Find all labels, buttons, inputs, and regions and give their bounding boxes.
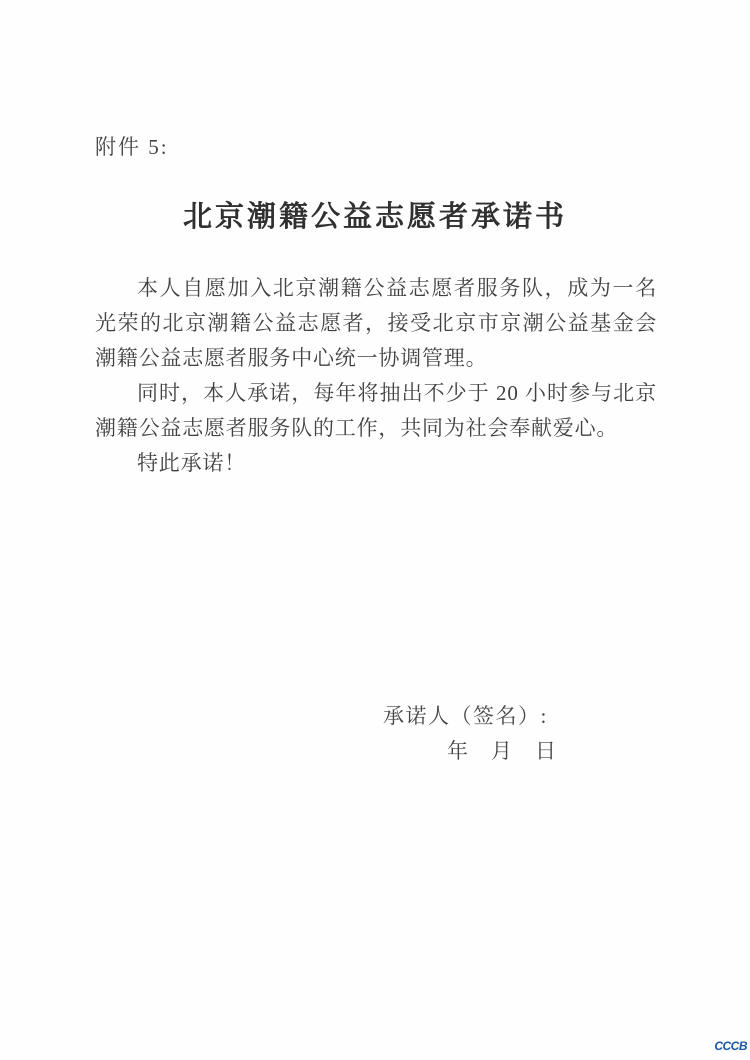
body-paragraph: 本人自愿加入北京潮籍公益志愿者服务队，成为一名光荣的北京潮籍公益志愿者，接受北京… xyxy=(95,271,657,376)
body-text: 本人自愿加入北京潮籍公益志愿者服务队，成为一名光荣的北京潮籍公益志愿者，接受北京… xyxy=(95,271,657,481)
date-line: 年 月 日 xyxy=(447,735,557,765)
body-paragraph: 特此承诺！ xyxy=(95,446,657,481)
document-page: 附件 5: 北京潮籍公益志愿者承诺书 本人自愿加入北京潮籍公益志愿者服务队，成为… xyxy=(0,0,750,1060)
attachment-label: 附件 5: xyxy=(95,131,169,161)
cccb-logo: CCCB xyxy=(714,1039,747,1053)
signature-label: 承诺人（签名）: xyxy=(383,700,548,730)
body-paragraph: 同时，本人承诺，每年将抽出不少于 20 小时参与北京潮籍公益志愿者服务队的工作，… xyxy=(95,376,657,446)
page-title: 北京潮籍公益志愿者承诺书 xyxy=(0,194,750,235)
